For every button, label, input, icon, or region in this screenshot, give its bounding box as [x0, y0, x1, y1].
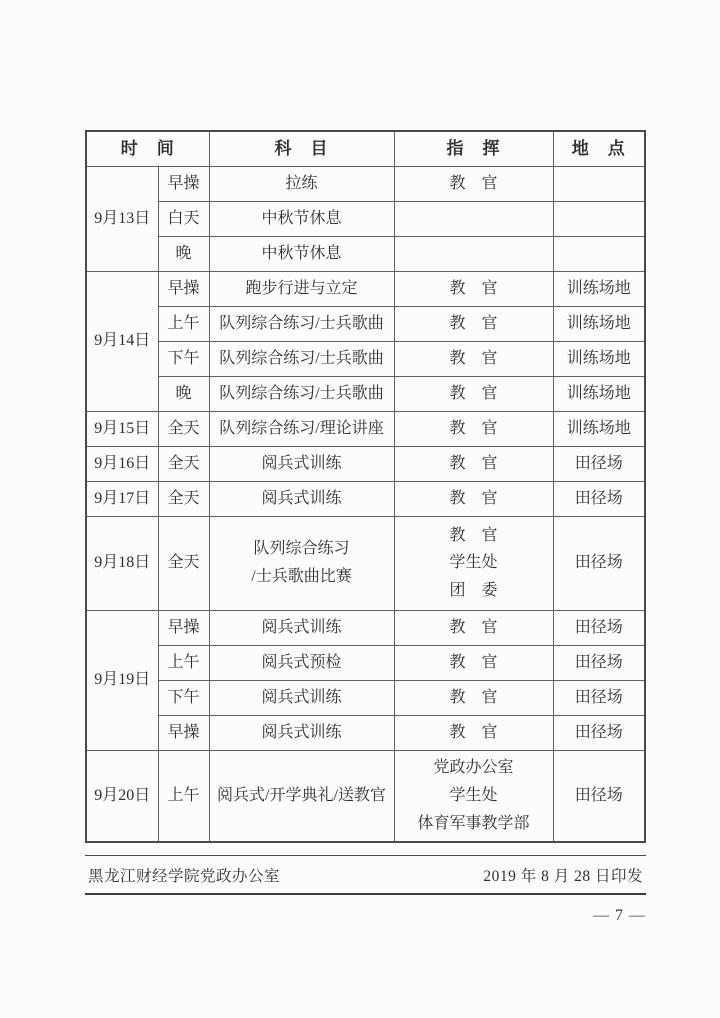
table-row: 9月18日 全天 队列综合练习 /士兵歌曲比赛 教 官 学生处 团 委 田径场 — [86, 516, 645, 610]
table-row: 9月17日 全天 阅兵式训练 教 官 田径场 — [86, 481, 645, 516]
print-date-text: 2019 年 8 月 28 日印发 — [483, 864, 643, 886]
subject-cell: 队列综合练习/士兵歌曲 — [209, 341, 394, 376]
table-row: 下午 阅兵式训练 教 官 田径场 — [86, 680, 645, 715]
subject-cell: 队列综合练习/理论讲座 — [209, 411, 394, 446]
date-cell: 9月20日 — [86, 750, 158, 842]
date-cell: 9月16日 — [86, 446, 158, 481]
command-cell: 教 官 — [394, 446, 553, 481]
location-cell: 田径场 — [553, 610, 645, 645]
command-cell: 教 官 — [394, 166, 553, 201]
table-body: 9月13日 早操 拉练 教 官 白天 中秋节休息 晚 中秋节休息 9月14日 早… — [86, 166, 645, 842]
command-cell: 教 官 学生处 团 委 — [394, 516, 553, 610]
subject-cell: 中秋节休息 — [209, 236, 394, 271]
date-cell: 9月13日 — [86, 166, 158, 271]
period-cell: 晚 — [158, 376, 209, 411]
location-cell: 田径场 — [553, 750, 645, 842]
subject-cell: 阅兵式预检 — [209, 645, 394, 680]
location-cell: 田径场 — [553, 446, 645, 481]
period-cell: 早操 — [158, 715, 209, 750]
command-cell: 教 官 — [394, 680, 553, 715]
location-cell — [553, 236, 645, 271]
table-row: 晚 队列综合练习/士兵歌曲 教 官 训练场地 — [86, 376, 645, 411]
subject-cell: 队列综合练习 /士兵歌曲比赛 — [209, 516, 394, 610]
table-row: 9月15日 全天 队列综合练习/理论讲座 教 官 训练场地 — [86, 411, 645, 446]
command-cell: 教 官 — [394, 610, 553, 645]
command-cell: 教 官 — [394, 481, 553, 516]
date-cell: 9月14日 — [86, 271, 158, 411]
subject-cell: 阅兵式训练 — [209, 610, 394, 645]
subject-cell: 跑步行进与立定 — [209, 271, 394, 306]
period-cell: 白天 — [158, 201, 209, 236]
header-time: 时 间 — [86, 131, 209, 166]
command-cell — [394, 201, 553, 236]
table-header: 时 间 科 目 指 挥 地 点 — [86, 131, 645, 166]
header-command: 指 挥 — [394, 131, 553, 166]
header-subject: 科 目 — [209, 131, 394, 166]
table-row: 9月14日 早操 跑步行进与立定 教 官 训练场地 — [86, 271, 645, 306]
period-cell: 下午 — [158, 680, 209, 715]
table-row: 上午 阅兵式预检 教 官 田径场 — [86, 645, 645, 680]
page-number: — 7 — — [593, 907, 646, 925]
command-cell: 教 官 — [394, 341, 553, 376]
command-cell: 教 官 — [394, 306, 553, 341]
location-cell — [553, 201, 645, 236]
table-row: 9月16日 全天 阅兵式训练 教 官 田径场 — [86, 446, 645, 481]
table-row: 上午 队列综合练习/士兵歌曲 教 官 训练场地 — [86, 306, 645, 341]
table-row: 9月13日 早操 拉练 教 官 — [86, 166, 645, 201]
location-cell: 田径场 — [553, 481, 645, 516]
table-row: 9月19日 早操 阅兵式训练 教 官 田径场 — [86, 610, 645, 645]
table-row: 下午 队列综合练习/士兵歌曲 教 官 训练场地 — [86, 341, 645, 376]
period-cell: 早操 — [158, 610, 209, 645]
issuing-office-text: 黑龙江财经学院党政办公室 — [88, 864, 280, 886]
period-cell: 全天 — [158, 516, 209, 610]
date-cell: 9月15日 — [86, 411, 158, 446]
table-row: 9月20日 上午 阅兵式/开学典礼/送教官 党政办公室 学生处 体育军事教学部 … — [86, 750, 645, 842]
date-cell: 9月19日 — [86, 610, 158, 750]
command-cell: 教 官 — [394, 411, 553, 446]
location-cell: 田径场 — [553, 715, 645, 750]
command-cell: 党政办公室 学生处 体育军事教学部 — [394, 750, 553, 842]
location-cell — [553, 166, 645, 201]
header-location: 地 点 — [553, 131, 645, 166]
header-row: 时 间 科 目 指 挥 地 点 — [86, 131, 645, 166]
command-cell: 教 官 — [394, 715, 553, 750]
document-footer: 黑龙江财经学院党政办公室 2019 年 8 月 28 日印发 — [85, 855, 646, 895]
subject-cell: 队列综合练习/士兵歌曲 — [209, 376, 394, 411]
period-cell: 上午 — [158, 306, 209, 341]
subject-cell: 中秋节休息 — [209, 201, 394, 236]
table-row: 白天 中秋节休息 — [86, 201, 645, 236]
period-cell: 上午 — [158, 750, 209, 842]
subject-cell: 队列综合练习/士兵歌曲 — [209, 306, 394, 341]
subject-cell: 阅兵式训练 — [209, 715, 394, 750]
location-cell: 训练场地 — [553, 376, 645, 411]
table-row: 晚 中秋节休息 — [86, 236, 645, 271]
subject-cell: 阅兵式训练 — [209, 680, 394, 715]
period-cell: 上午 — [158, 645, 209, 680]
location-cell: 田径场 — [553, 680, 645, 715]
location-cell: 训练场地 — [553, 411, 645, 446]
period-cell: 全天 — [158, 411, 209, 446]
command-cell: 教 官 — [394, 645, 553, 680]
period-cell: 下午 — [158, 341, 209, 376]
table-row: 早操 阅兵式训练 教 官 田径场 — [86, 715, 645, 750]
command-cell — [394, 236, 553, 271]
training-schedule-table: 时 间 科 目 指 挥 地 点 9月13日 早操 拉练 教 官 白天 中秋节休息 — [85, 130, 646, 843]
subject-cell: 阅兵式训练 — [209, 446, 394, 481]
command-cell: 教 官 — [394, 271, 553, 306]
location-cell: 训练场地 — [553, 341, 645, 376]
date-cell: 9月18日 — [86, 516, 158, 610]
subject-cell: 阅兵式训练 — [209, 481, 394, 516]
location-cell: 训练场地 — [553, 306, 645, 341]
command-cell: 教 官 — [394, 376, 553, 411]
location-cell: 训练场地 — [553, 271, 645, 306]
period-cell: 晚 — [158, 236, 209, 271]
date-cell: 9月17日 — [86, 481, 158, 516]
location-cell: 田径场 — [553, 516, 645, 610]
subject-cell: 拉练 — [209, 166, 394, 201]
period-cell: 早操 — [158, 271, 209, 306]
period-cell: 全天 — [158, 446, 209, 481]
period-cell: 全天 — [158, 481, 209, 516]
location-cell: 田径场 — [553, 645, 645, 680]
subject-cell: 阅兵式/开学典礼/送教官 — [209, 750, 394, 842]
document-page: 时 间 科 目 指 挥 地 点 9月13日 早操 拉练 教 官 白天 中秋节休息 — [0, 0, 720, 1018]
period-cell: 早操 — [158, 166, 209, 201]
